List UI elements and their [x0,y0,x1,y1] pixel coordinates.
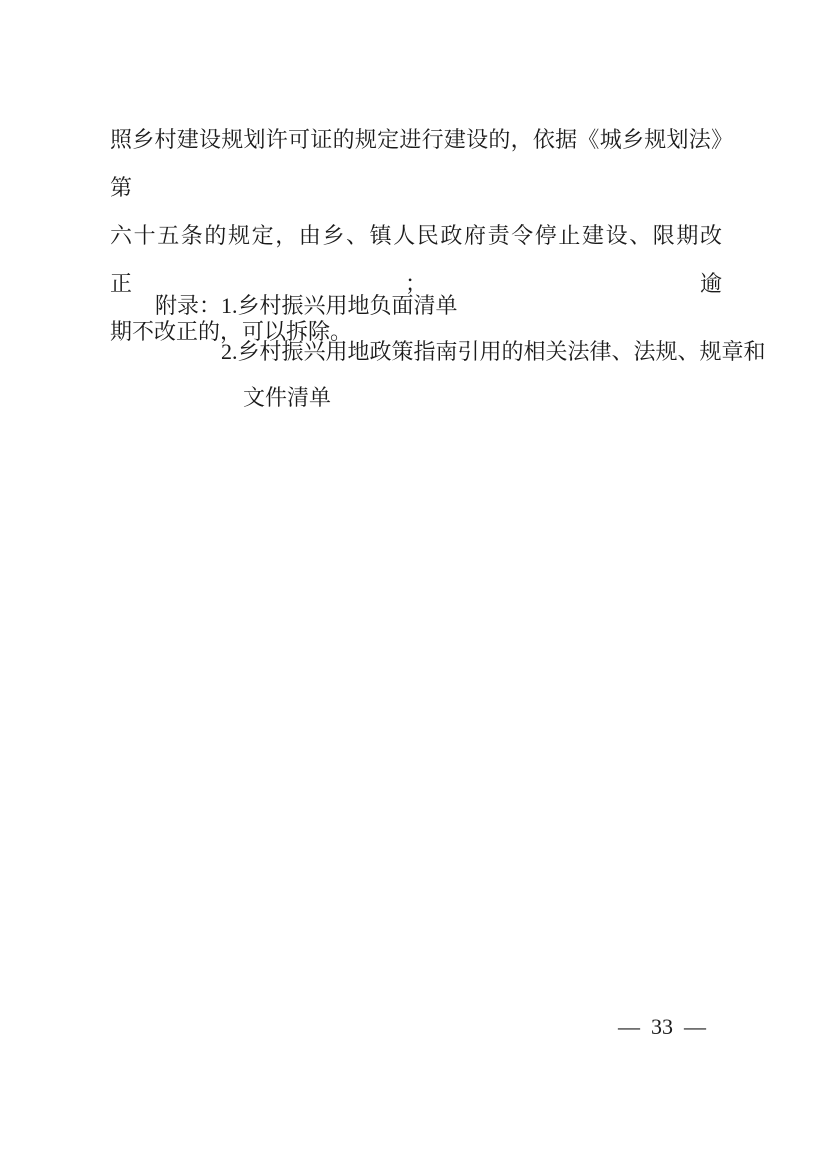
appendix-item-text: 文件清单 [243,385,331,410]
footer-dash-right: — [684,1014,706,1039]
appendix-item-2: 2.乡村振兴用地政策指南引用的相关法律、法规、规章和 [221,329,735,375]
appendix-item-1: 附录：1.乡村振兴用地负面清单 [155,283,735,329]
footer-dash-left: — [618,1014,640,1039]
appendix-item-text: 乡村振兴用地政策指南引用的相关法律、法规、规章和 [238,339,766,364]
paragraph-line: 照乡村建设规划许可证的规定进行建设的，依据《城乡规划法》第 [110,116,722,212]
page-footer: —33— [618,1013,706,1041]
appendix-item-number: 2. [221,339,238,364]
appendix-item-text: 乡村振兴用地负面清单 [238,293,458,318]
appendix-section: 附录：1.乡村振兴用地负面清单 2.乡村振兴用地政策指南引用的相关法律、法规、规… [155,283,735,421]
page-number: 33 [651,1014,673,1039]
appendix-item-number: 1. [221,293,238,318]
document-page: 照乡村建设规划许可证的规定进行建设的，依据《城乡规划法》第 六十五条的规定，由乡… [0,0,826,1169]
appendix-item-2-continuation: 文件清单 [243,375,735,421]
appendix-label: 附录： [155,293,221,318]
